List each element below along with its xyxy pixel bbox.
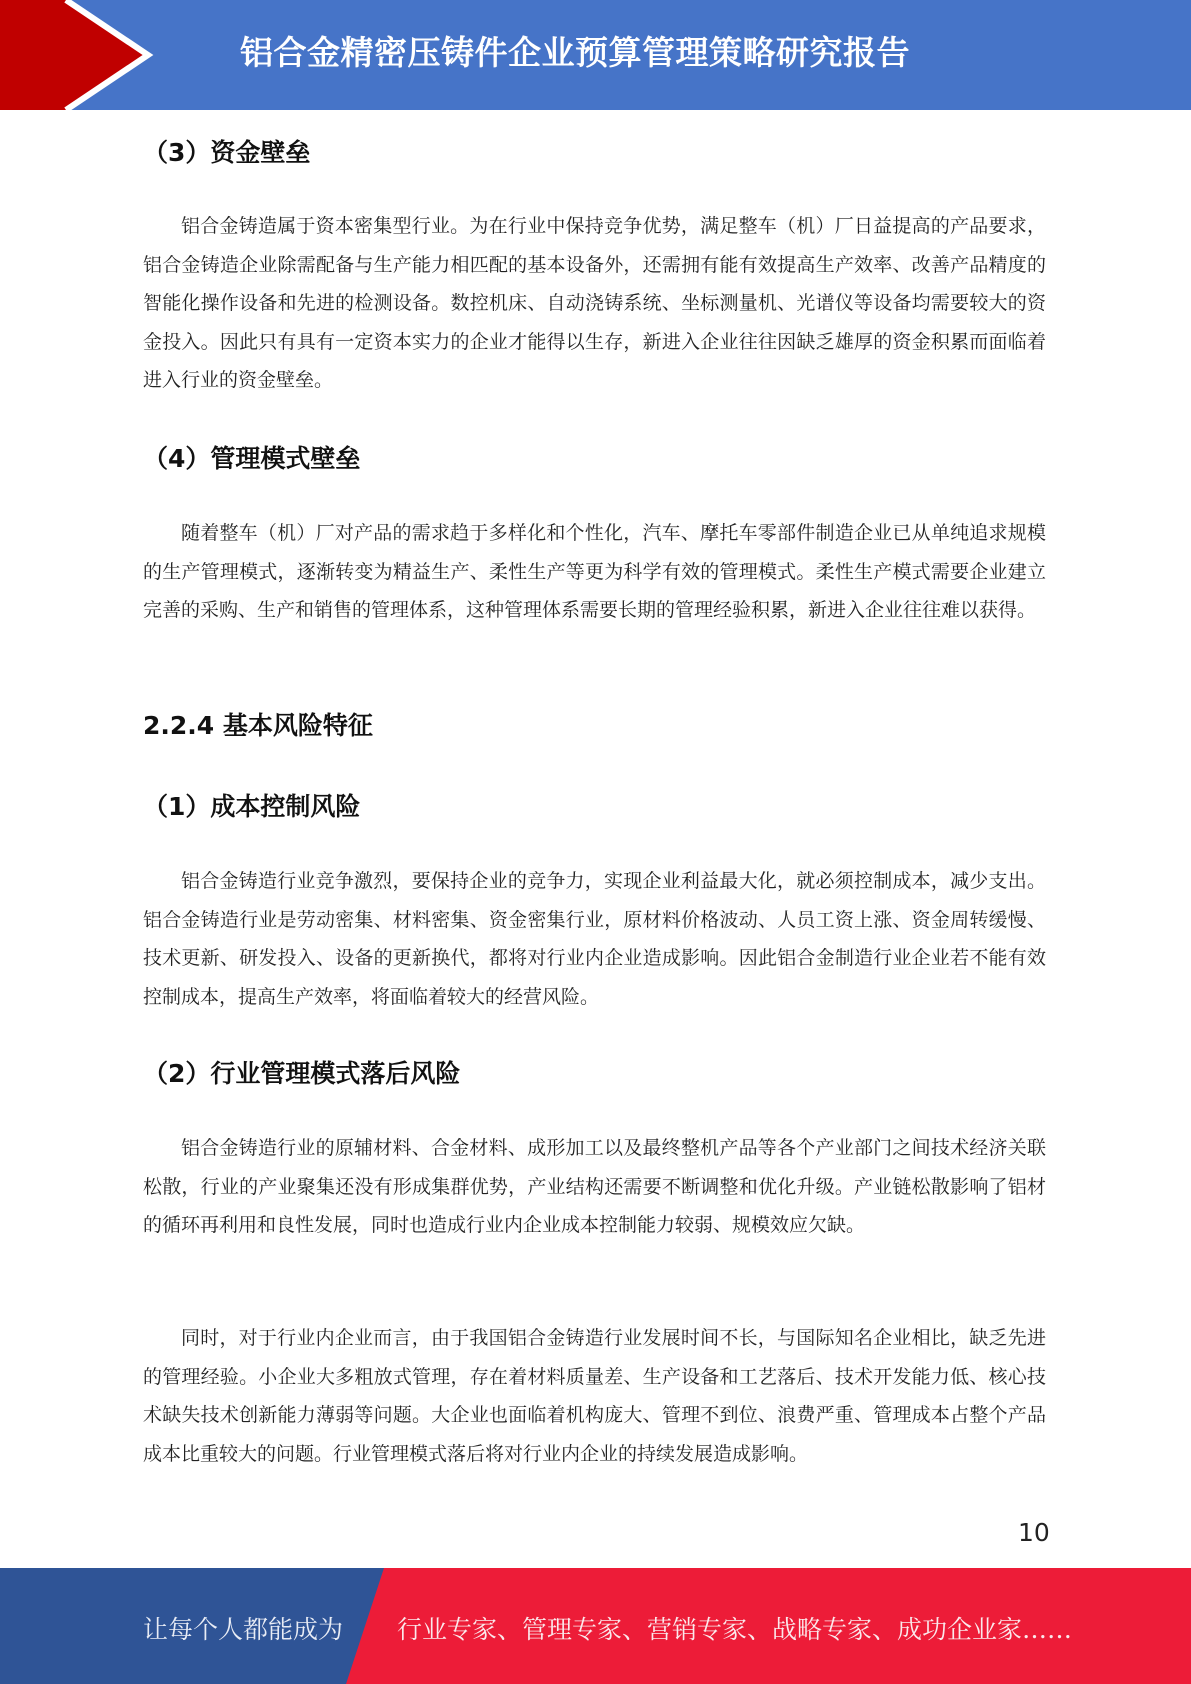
section-heading: （1）成本控制风险 (143, 787, 360, 823)
section-heading: （3）资金壁垒 (143, 133, 310, 169)
paragraph: 随着整车（机）厂对产品的需求趋于多样化和个性化，汽车、摩托车零部件制造企业已从单… (143, 514, 1046, 630)
paragraph: 铝合金铸造行业竞争激烈，要保持企业的竞争力，实现企业利益最大化，就必须控制成本，… (143, 862, 1046, 1016)
report-title: 铝合金精密压铸件企业预算管理策略研究报告 (240, 27, 910, 74)
paragraph: 同时，对于行业内企业而言，由于我国铝合金铸造行业发展时间不长，与国际知名企业相比… (143, 1319, 1046, 1473)
section-heading: （4）管理模式壁垒 (143, 439, 360, 475)
report-header: 铝合金精密压铸件企业预算管理策略研究报告 (0, 0, 1191, 110)
footer-slogan-left: 让每个人都能成为 (143, 1610, 343, 1646)
paragraph: 铝合金铸造属于资本密集型行业。为在行业中保持竞争优势，满足整车（机）厂日益提高的… (143, 207, 1046, 400)
paragraph: 铝合金铸造行业的原辅材料、合金材料、成形加工以及最终整机产品等各个产业部门之间技… (143, 1129, 1046, 1245)
footer-banner: 让每个人都能成为 行业专家、管理专家、营销专家、战略专家、成功企业家…… (0, 1568, 1191, 1684)
page-number: 10 (1018, 1518, 1050, 1547)
footer-slogan-right: 行业专家、管理专家、营销专家、战略专家、成功企业家…… (397, 1610, 1072, 1646)
section-heading: （2）行业管理模式落后风险 (143, 1054, 460, 1090)
subsection-heading: 2.2.4 基本风险特征 (143, 706, 373, 742)
